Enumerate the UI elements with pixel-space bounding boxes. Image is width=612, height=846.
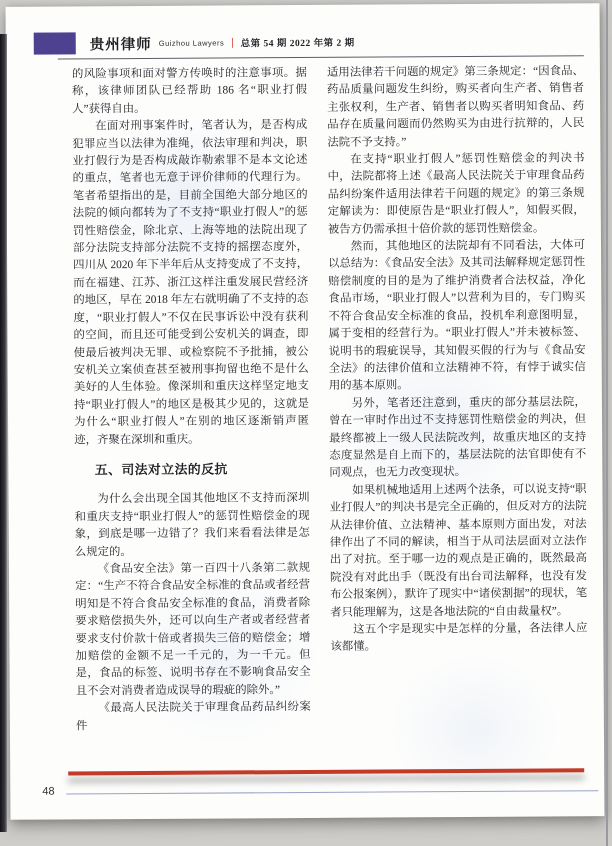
body-paragraph: 的风险事项和面对警方传唤时的注意事项。据称，该律师团队已经帮助 186 名“职业… — [72, 65, 307, 119]
section-heading: 五、司法对立法的反抗 — [74, 461, 309, 480]
body-paragraph: 然而，其他地区的法院却有不同看法，大体可以总结为：《食品安全法》及其司法解释规定… — [328, 237, 586, 395]
body-paragraph: 另外，笔者还注意到，重庆的部分基层法院，曾在一审时作出过不支持惩罚性赔偿金的判决… — [329, 394, 587, 483]
journal-logo-square — [34, 32, 76, 54]
body-paragraph: 《食品安全法》第一百四十八条第二款规定：“生产不符合食品安全标准的食品或者经营明… — [75, 560, 311, 701]
left-column: 的风险事项和面对警方传唤时的注意事项。据称，该律师团队已经帮助 186 名“职业… — [72, 65, 311, 735]
page: 贵州律师 Guizhou Lawyers | 总第 54 期 2022 年第 2… — [6, 3, 605, 820]
scan-left-edge — [0, 34, 7, 832]
footer-rule — [66, 790, 598, 794]
body-paragraph: 在面对刑事案件时，笔者认为，是否构成犯罪应当以法律为准绳，依法审理和判决，职业打… — [72, 117, 309, 449]
body-paragraph: 为什么会出现全国其他地区不支持而深圳和重庆支持“职业打假人”的惩罚性赔偿金的现象… — [74, 490, 309, 561]
body-paragraph: 这五个字是现实中是怎样的分量，各法律人应该都懂。 — [330, 620, 587, 656]
article-body: 的风险事项和面对警方传唤时的注意事项。据称，该律师团队已经帮助 186 名“职业… — [72, 63, 588, 735]
scan-right-edge — [606, 0, 608, 846]
page-number: 48 — [42, 786, 54, 798]
body-paragraph: 《最高人民法院关于审理食品药品纠纷案件 — [76, 699, 311, 735]
page-header: 贵州律师 Guizhou Lawyers | 总第 54 期 2022 年第 2… — [90, 29, 355, 57]
footer-red-bar — [68, 768, 584, 775]
right-column: 适用法律若干问题的规定》第三条规定：“因食品、药品质量问题发生纠纷，购买者向生产… — [327, 63, 588, 734]
journal-title-en: Guizhou Lawyers — [159, 38, 225, 47]
journal-title: 贵州律师 — [90, 32, 152, 53]
body-paragraph: 如果机械地适用上述两个法条，可以说支持“职业打假人”的判决书是完全正确的，但反对… — [329, 481, 587, 622]
body-paragraph: 适用法律若干问题的规定》第三条规定：“因食品、药品质量问题发生纠纷，购买者向生产… — [327, 63, 585, 152]
header-separator: | — [231, 36, 234, 48]
body-paragraph: 在支持“职业打假人”惩罚性赔偿金的判决书中，法院都将上述《最高人民法院关于审理食… — [327, 150, 585, 239]
issue-info: 总第 54 期 2022 年第 2 期 — [241, 35, 355, 50]
